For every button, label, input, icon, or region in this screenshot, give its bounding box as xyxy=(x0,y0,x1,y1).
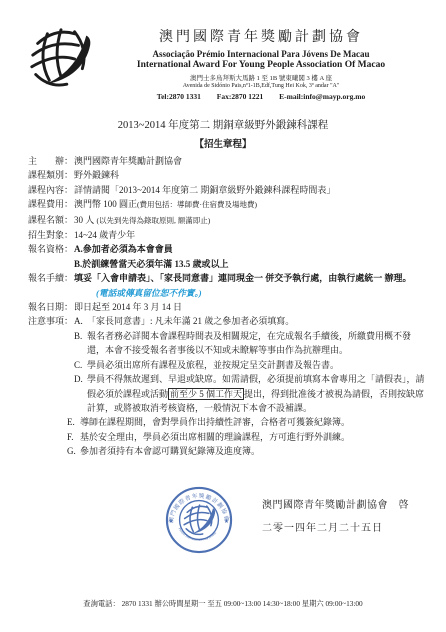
field-label: 課程名額： xyxy=(28,213,74,227)
note-item-a: A.「家長同意書」: 凡未年滿 21 歲之參加者必須填寫。 xyxy=(74,314,425,328)
fee-note: (費用包括：導師費·住宿費及場地費) xyxy=(137,200,257,209)
field-value: 即日起至 2014 年 3 月 14 日 xyxy=(74,300,425,314)
note-d-boxed-phrase: 前至少 5 個工作天 xyxy=(168,388,244,400)
fax-number: Fax:2870 1221 xyxy=(217,92,263,101)
note-letter: D. xyxy=(74,372,87,386)
stamp-star-left: ★ xyxy=(168,518,173,525)
field-notes: 注意事項： A.「家長同意書」: 凡未年滿 21 歲之參加者必須填寫。 xyxy=(28,314,425,328)
field-value: 野外鍛鍊科 xyxy=(74,168,425,182)
field-label: 課程類別： xyxy=(28,168,74,182)
field-label: 主 辦： xyxy=(28,154,74,168)
field-value: 澳門幣 100 圓正(費用包括：導師費·住宿費及場地費) xyxy=(74,197,425,212)
note-letter: B. xyxy=(74,329,87,343)
note-item-b: B. 報名者務必詳閱本會課程時間表及相關規定，在完成報名手續後，所繳費用概不發還… xyxy=(74,329,425,358)
note-text: 學員必須出席所有課程及旅程，並按規定呈交計劃書及報告書。 xyxy=(87,358,425,372)
field-value: 詳情請閱「2013~2014 年度第二 期銅章級野外鍛鍊科課程時間表」 xyxy=(74,183,425,197)
note-item-f: F. 基於安全理由，學員必須出席相關的理論課程，方可進行野外訓練。 xyxy=(67,430,425,444)
signature-org: 澳門國際青年獎勵計劃協會 啓 xyxy=(262,496,409,511)
note-text: 導師在課程期間，會對學員作出持續性評審，合格者可獲簽紀錄簿。 xyxy=(80,415,425,429)
org-name-pt: Associação Prémio Internacional Para Jóv… xyxy=(96,49,426,59)
note-text: 參加者須持有本會認可購買紀錄簿及進度簿。 xyxy=(80,444,425,458)
field-eligibility: 報名資格： A.參加者必須為本會會員 xyxy=(28,242,425,256)
footer-enquiry-line: 查詢電話： 2870 1331 辦公時間星期一 至五 09:00~13:00 1… xyxy=(0,599,446,609)
course-title: 2013~2014 年度第二 期銅章級野外鍛鍊科課程 xyxy=(0,117,446,132)
field-target: 招生對象： 14~24 歲青少年 xyxy=(28,228,425,242)
eligibility-line-a: A.參加者必須為本會會員 xyxy=(74,242,425,256)
field-label: 報名資格： xyxy=(28,242,74,256)
field-label: 招生對象： xyxy=(28,228,74,242)
field-label: 報名手續： xyxy=(28,271,74,285)
field-label: 注意事項： xyxy=(28,314,74,328)
email-address: E-mail:info@mayp.org.mo xyxy=(279,92,365,101)
note-letter: A. xyxy=(74,314,87,328)
notes-list: B. 報名者務必詳閱本會課程時間表及相關規定，在完成報名手續後，所繳費用概不發還… xyxy=(74,329,425,459)
note-letter: G. xyxy=(67,444,80,458)
field-value: 14~24 歲青少年 xyxy=(74,228,425,242)
note-item-d: D. 學員不得無故遲到、早退或缺席。如需請假，必須提前填寫本會專用之「請假表」，… xyxy=(74,372,425,415)
field-fee: 課程費用： 澳門幣 100 圓正(費用包括：導師費·住宿費及場地費) xyxy=(28,197,425,212)
note-text: 報名者務必詳閱本會課程時間表及相關規定，在完成報名手續後，所繳費用概不發還，本會… xyxy=(87,329,425,358)
address-zh: 澳門士多鳥拜斯大馬路 1 至 1B 號東曦閣 3 樓 A 座 xyxy=(96,73,426,82)
note-text: 學員不得無故遲到、早退或缺席。如需請假，必須提前填寫本會專用之「請假表」，請假必… xyxy=(87,372,425,415)
field-category: 課程類別： 野外鍛鍊科 xyxy=(28,168,425,182)
document-body: 主 辦： 澳門國際青年獎勵計劃協會 課程類別： 野外鍛鍊科 課程內容： 詳情請閱… xyxy=(28,154,425,459)
fee-amount: 澳門幣 100 圓正 xyxy=(74,199,137,209)
procedure-note-row: (電話或傳真留位恕不作實。) xyxy=(74,286,425,300)
field-label: 課程費用： xyxy=(28,197,74,211)
field-quota: 課程名額： 30 人 (以先到先得為錄取原則, 額滿即止) xyxy=(28,213,425,228)
stamp-star-right: ★ xyxy=(224,518,229,525)
note-item-e: E. 導師在課程期間，會對學員作出持續性評審，合格者可獲簽紀錄簿。 xyxy=(67,415,425,429)
note-item-g: G. 參加者須持有本會認可購買紀錄簿及進度簿。 xyxy=(67,444,425,458)
signature-date: 二零一四年二月二十五日 xyxy=(262,519,409,534)
field-label: 課程內容： xyxy=(28,183,74,197)
signature-block: 澳門國際青年獎勵計劃協會 Prémio Internacional Para J… xyxy=(0,486,446,566)
field-label: 報名日期： xyxy=(28,300,74,314)
field-organizer: 主 辦： 澳門國際青年獎勵計劃協會 xyxy=(28,154,425,168)
procedure-value: 填妥「入會申請表」、「家長同意書」連同現金一 併交予執行處，由執行處統一 辦理。 xyxy=(74,271,425,285)
note-item-c: C. 學員必須出席所有課程及旅程，並按規定呈交計劃書及報告書。 xyxy=(74,358,425,372)
address-pt: Avenida de Sidónio Pais,nº1-1B,Edf,Tung … xyxy=(96,83,426,89)
signature-text: 澳門國際青年獎勵計劃協會 啓 二零一四年二月二十五日 xyxy=(262,496,409,534)
field-content: 課程內容： 詳情請閱「2013~2014 年度第二 期銅章級野外鍛鍊科課程時間表… xyxy=(28,183,425,197)
contact-line: Tel:2870 1331 Fax:2870 1221 E-mail:info@… xyxy=(96,92,426,101)
note-letter: E. xyxy=(67,415,80,429)
note-letter: F. xyxy=(67,430,80,444)
note-text: 「家長同意書」: 凡未年滿 21 歲之參加者必須填寫。 xyxy=(87,314,425,328)
note-letter: C. xyxy=(74,358,87,372)
field-procedure: 報名手續： 填妥「入會申請表」、「家長同意書」連同現金一 併交予執行處，由執行處… xyxy=(28,271,425,285)
eligibility-line-b: B.於訓練營當天必須年滿 13.5 歲或以上 xyxy=(74,257,425,271)
note-text: 基於安全理由，學員必須出席相關的理論課程，方可進行野外訓練。 xyxy=(80,430,425,444)
quota-amount: 30 人 xyxy=(74,215,94,225)
field-deadline: 報名日期： 即日起至 2014 年 3 月 14 日 xyxy=(28,300,425,314)
procedure-note: (電話或傳真留位恕不作實。) xyxy=(96,288,202,298)
document-page: 澳門國際青年獎勵計劃協會 Associação Prémio Internaci… xyxy=(0,0,446,632)
prospectus-subtitle: 【招生章程】 xyxy=(0,136,446,150)
field-value: 澳門國際青年獎勵計劃協會 xyxy=(74,154,425,168)
association-seal-stamp-icon: 澳門國際青年獎勵計劃協會 Prémio Internacional Para J… xyxy=(165,486,233,554)
org-name-zh: 澳門國際青年獎勵計劃協會 xyxy=(96,26,426,46)
letterhead: 澳門國際青年獎勵計劃協會 Associação Prémio Internaci… xyxy=(96,26,426,101)
quota-note: (以先到先得為錄取原則, 額滿即止) xyxy=(97,216,211,225)
field-value: 30 人 (以先到先得為錄取原則, 額滿即止) xyxy=(74,213,425,228)
tel-number: Tel:2870 1331 xyxy=(157,92,201,101)
org-name-en: International Award For Young People Ass… xyxy=(96,60,426,70)
association-logo-icon xyxy=(26,24,94,92)
